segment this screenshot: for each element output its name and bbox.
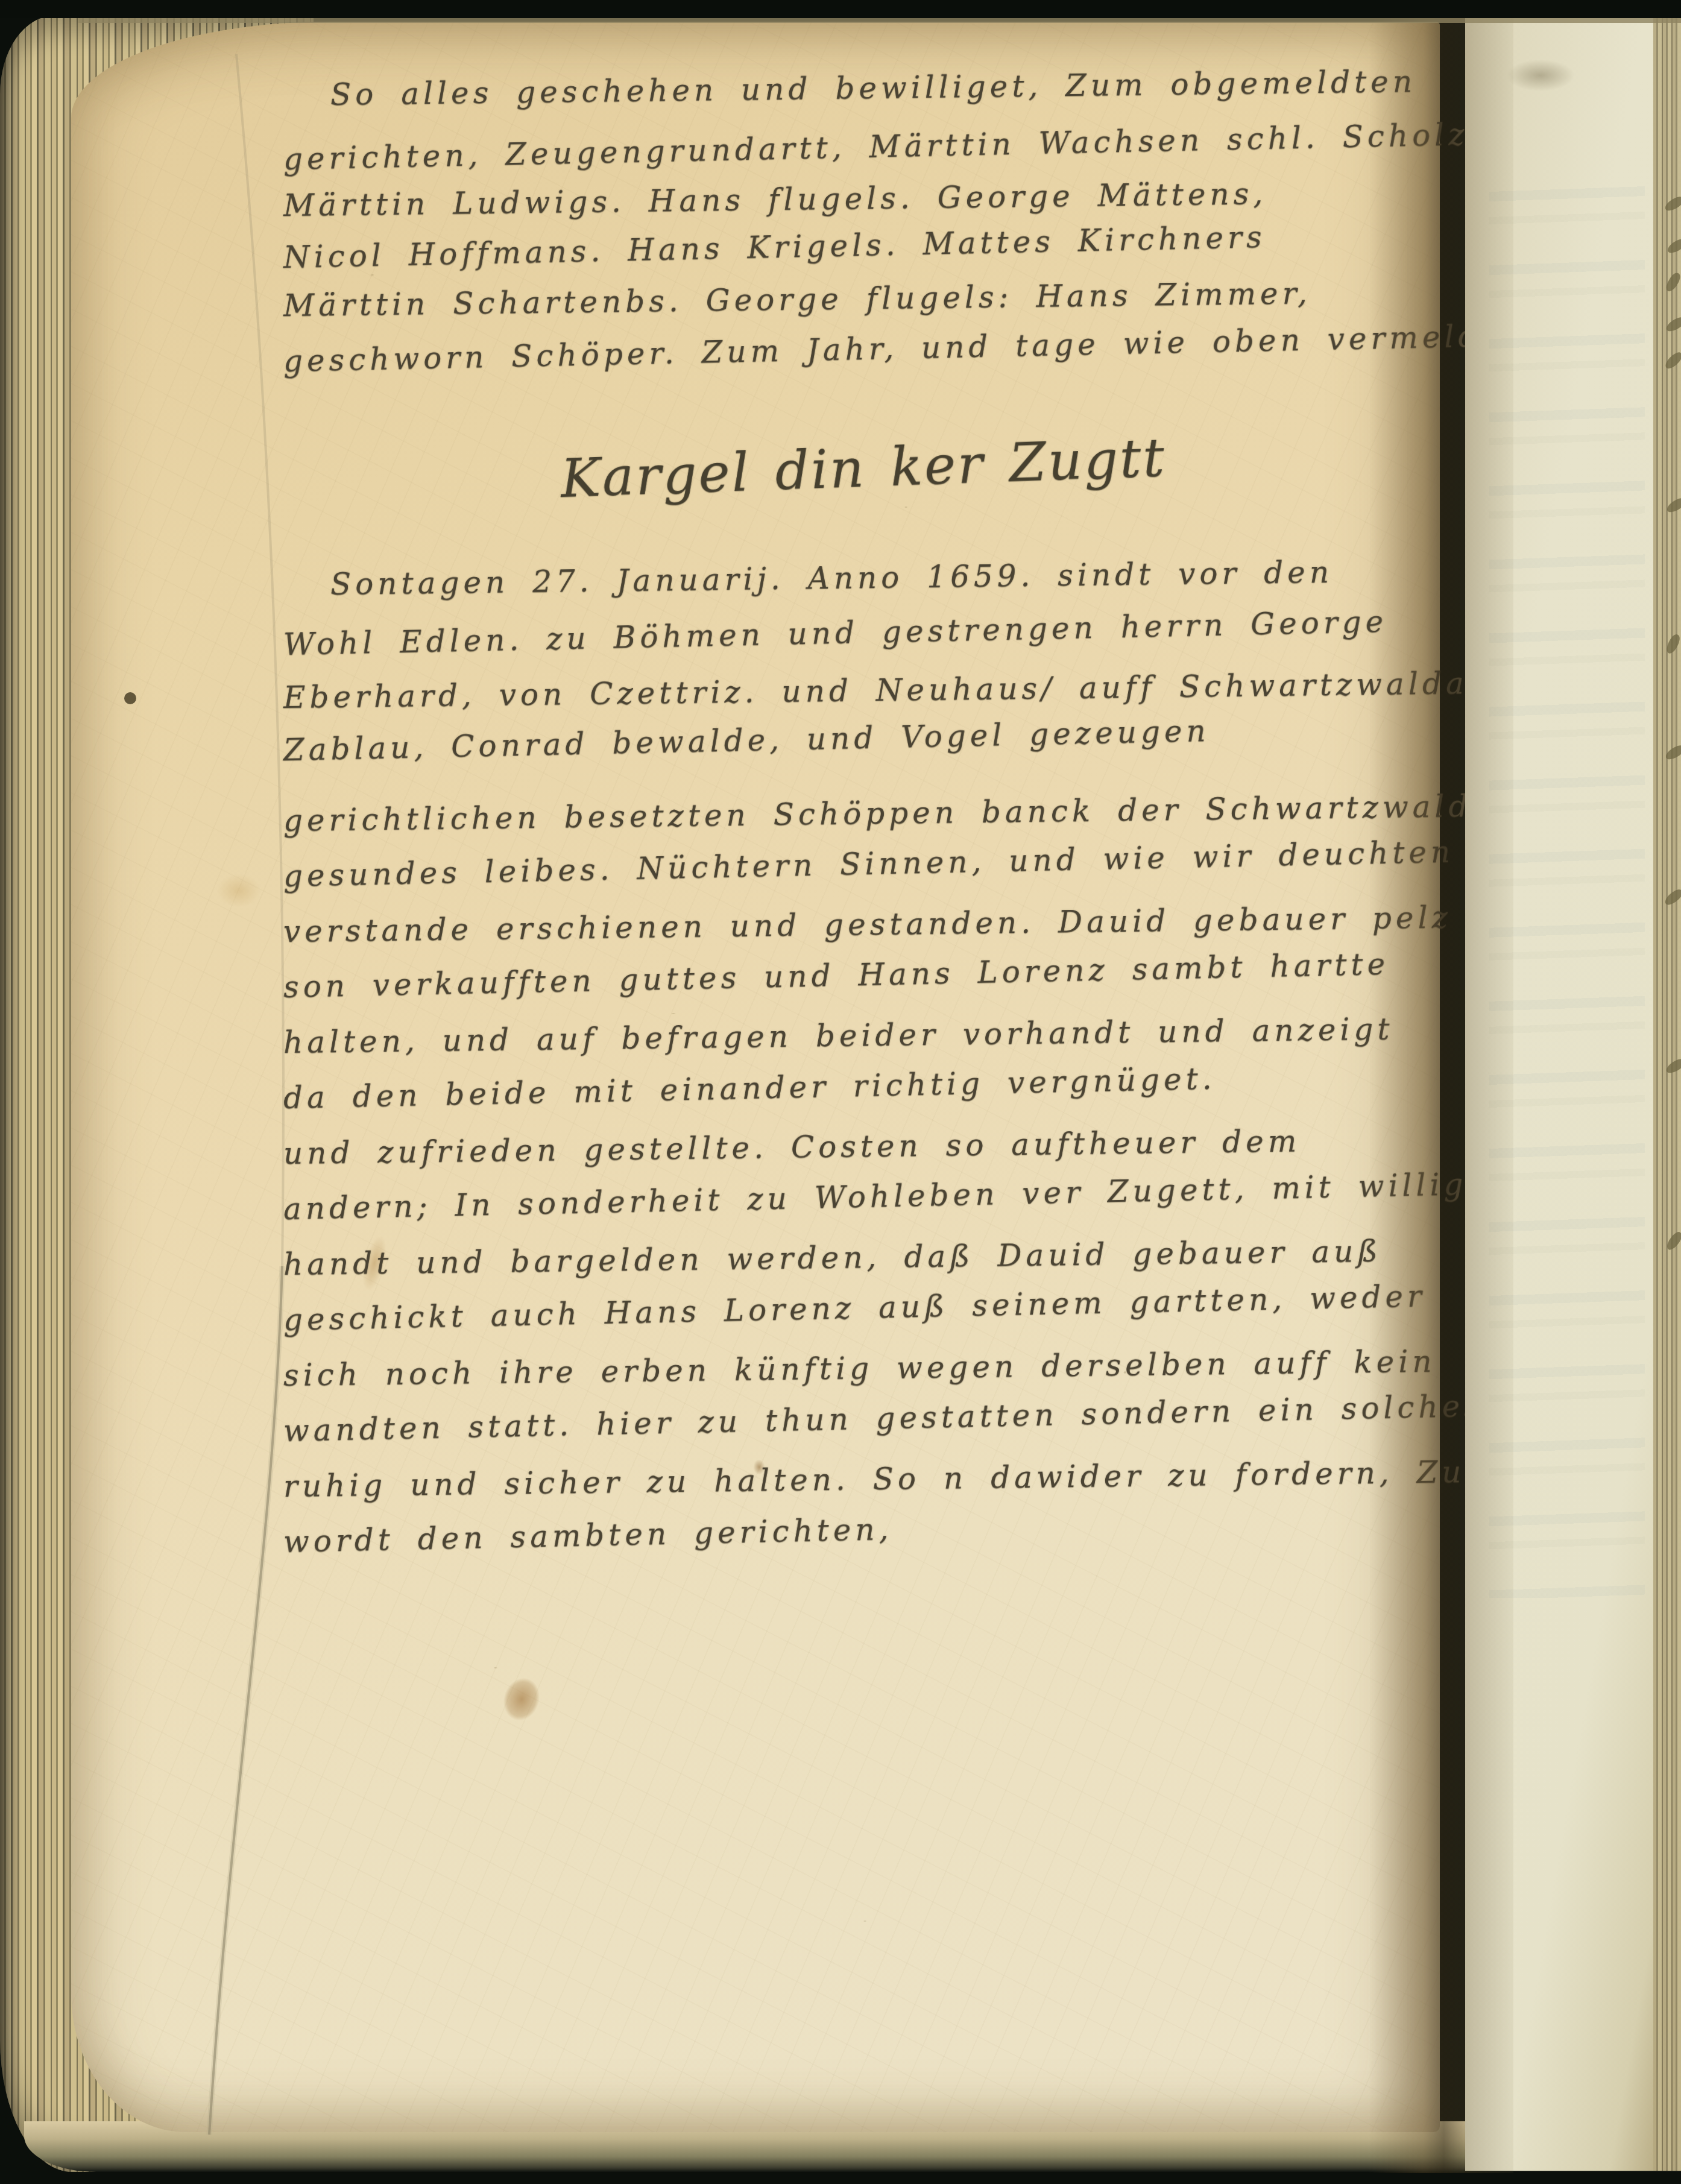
manuscript-scan: So alles geschehen und bewilliget, Zum o… <box>0 0 1681 2184</box>
ink-bleedthrough <box>1489 151 1645 1598</box>
right-page-edge <box>1465 18 1681 2171</box>
scan-background-top <box>0 0 1681 18</box>
page-top-edge-line <box>78 18 1681 23</box>
right-page-stack-edge <box>1653 18 1681 2171</box>
